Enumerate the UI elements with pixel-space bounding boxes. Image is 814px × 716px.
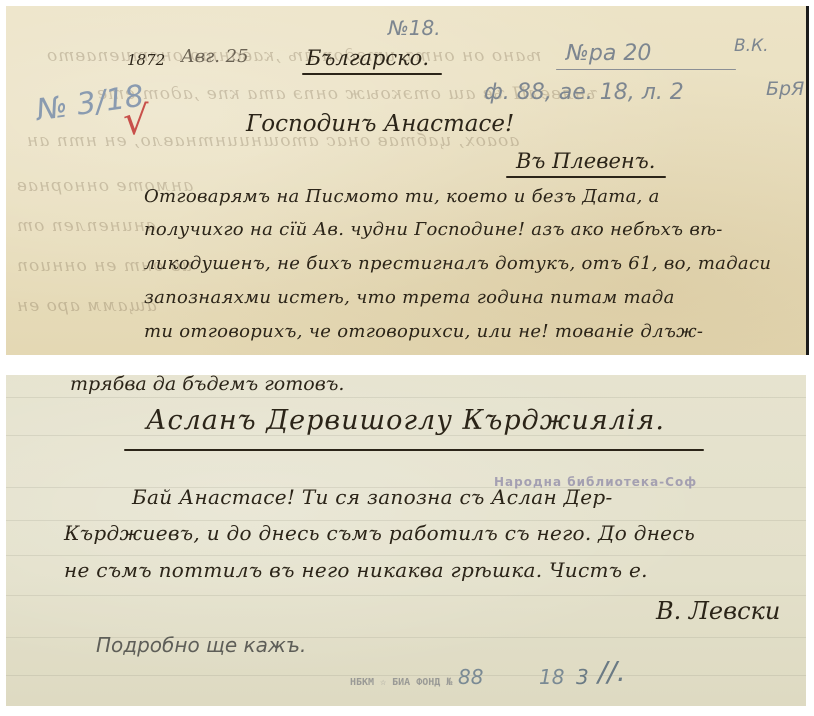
- ruling-line: [6, 675, 806, 676]
- signature-heading: Асланъ Дервишоглу Кърджиялія.: [146, 405, 665, 436]
- letter-fragment-bottom: трябва да бъдемъ готовъ. Асланъ Дервишог…: [6, 375, 806, 706]
- archive-stamp-mark: //.: [598, 655, 626, 688]
- margin-right-note: БрЯ: [766, 78, 804, 100]
- archive-stamp-fond: 88: [458, 665, 483, 689]
- date-year: 1872: [127, 51, 165, 69]
- letter-body-line: ти отговорихъ, че отговорихси, или не! т…: [144, 321, 703, 342]
- archive-reference: ф. 88, ае. 18, л. 2: [484, 80, 684, 105]
- ruling-line: [6, 595, 806, 596]
- number-reference: №ра 20: [566, 41, 651, 66]
- letter-body-line: запознаяхми истеѣ, что трета година пита…: [144, 287, 675, 308]
- ruling-line: [6, 397, 806, 398]
- heading-underline: [302, 73, 442, 75]
- letter-heading: Българско.: [306, 46, 429, 70]
- bleed-through-text: ѣано он онтъ итэдоп аѣ ,кавонто онатиепа…: [46, 46, 541, 66]
- place-of-writing: Въ Плевенъ.: [516, 149, 655, 173]
- closing-note: Подробно ще кажъ.: [96, 633, 306, 657]
- letter-fragment-top: ѣано он онтъ итэдоп аѣ ,кавонто онатиепа…: [6, 6, 809, 355]
- letter-body-line: Кърджиевъ, и до днесь съмъ работилъ съ н…: [64, 521, 695, 545]
- initials-note: В.К.: [734, 36, 769, 56]
- place-underline: [506, 176, 666, 178]
- letter-body-line: ликодушенъ, не бихъ престигналъ дотукъ, …: [144, 253, 771, 274]
- letter-body-line: Отговарямъ на Писмото ти, което и безъ Д…: [144, 186, 660, 207]
- salutation: Господинъ Анастасе!: [246, 111, 514, 137]
- number-reference-underline: [556, 69, 736, 70]
- bleed-through-text: ащамм аро ен: [16, 296, 157, 316]
- archive-number-top: №18.: [388, 16, 441, 40]
- letter-body-line: Бай Анастасе! Ти ся запозна съ Аслан Дер…: [132, 485, 613, 509]
- archive-stamp-sheet: 3: [576, 665, 589, 689]
- ruling-line: [6, 555, 806, 556]
- archive-stamp-label: НБКМ ☆ БИА ФОНД №: [350, 677, 452, 688]
- letter-body-line: не съмъ поттилъ въ него никаква грѣшка. …: [64, 558, 648, 582]
- continuation-line: трябва да бъдемъ готовъ.: [70, 375, 344, 395]
- signature-heading-underline: [124, 449, 704, 451]
- letter-body-line: получихго на сїй Ав. чудни Господине! аз…: [144, 219, 723, 240]
- archive-stamp-ae: 18: [539, 665, 564, 689]
- signature: В. Левски: [656, 597, 780, 625]
- date-month-day: Авг. 25: [181, 46, 249, 67]
- red-check-mark: √: [123, 98, 149, 144]
- bleed-through-text: анинеплеп от: [16, 216, 156, 236]
